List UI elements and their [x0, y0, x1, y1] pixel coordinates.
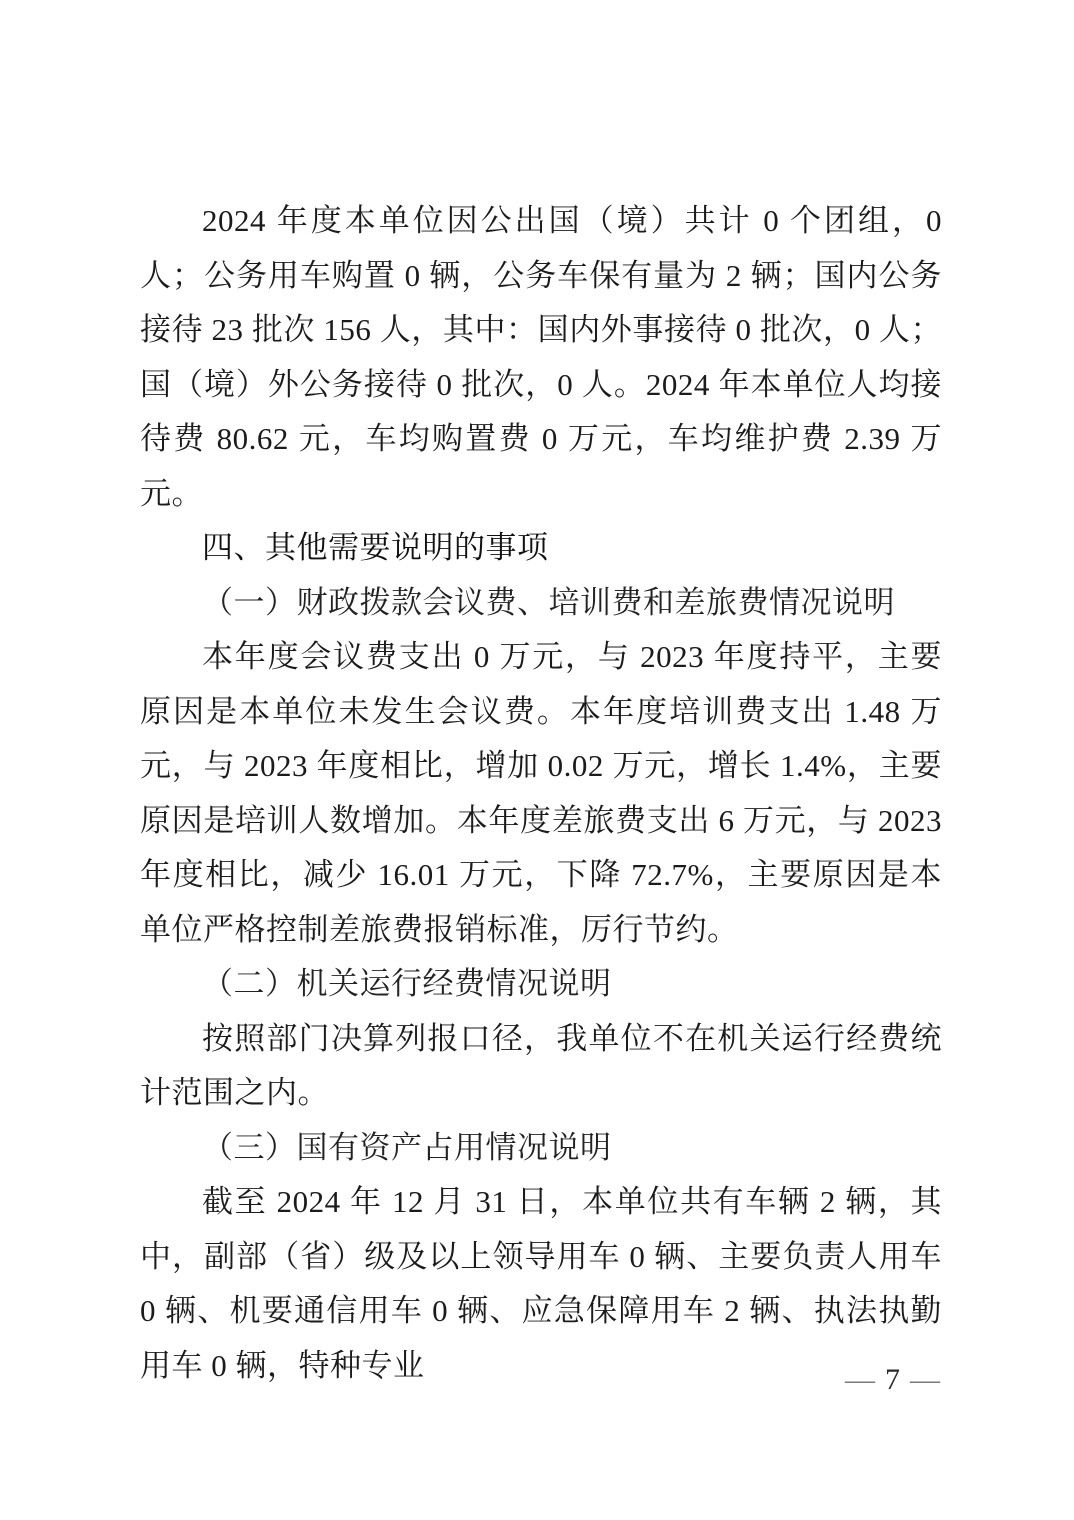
document-page: 2024 年度本单位因公出国（境）共计 0 个团组，0 人；公务用车购置 0 辆… [0, 0, 1074, 1520]
subheading-agency-operating-expenses: （二）机关运行经费情况说明 [140, 957, 942, 1012]
section-heading-other-items-to-explain: 四、其他需要说明的事项 [140, 521, 942, 576]
page-content: 2024 年度本单位因公出国（境）共计 0 个团组，0 人；公务用车购置 0 辆… [140, 194, 942, 1393]
footer-left-dash: — [845, 1363, 875, 1396]
subheading-state-owned-assets-occupancy: （三）国有资产占用情况说明 [140, 1121, 942, 1176]
page-number: 7 [875, 1363, 910, 1396]
paragraph-state-owned-assets-detail: 截至 2024 年 12 月 31 日，本单位共有车辆 2 辆，其中，副部（省）… [140, 1175, 942, 1393]
page-footer: —7— [845, 1358, 940, 1402]
footer-right-dash: — [910, 1363, 940, 1396]
subheading-meeting-training-travel-expenses: （一）财政拨款会议费、培训费和差旅费情况说明 [140, 576, 942, 631]
paragraph-agency-operating-expenses-detail: 按照部门决算列报口径，我单位不在机关运行经费统计范围之内。 [140, 1012, 942, 1121]
paragraph-meeting-training-travel-detail: 本年度会议费支出 0 万元，与 2023 年度持平，主要原因是本单位未发生会议费… [140, 630, 942, 957]
paragraph-official-travel-vehicle-reception-stats: 2024 年度本单位因公出国（境）共计 0 个团组，0 人；公务用车购置 0 辆… [140, 194, 942, 521]
